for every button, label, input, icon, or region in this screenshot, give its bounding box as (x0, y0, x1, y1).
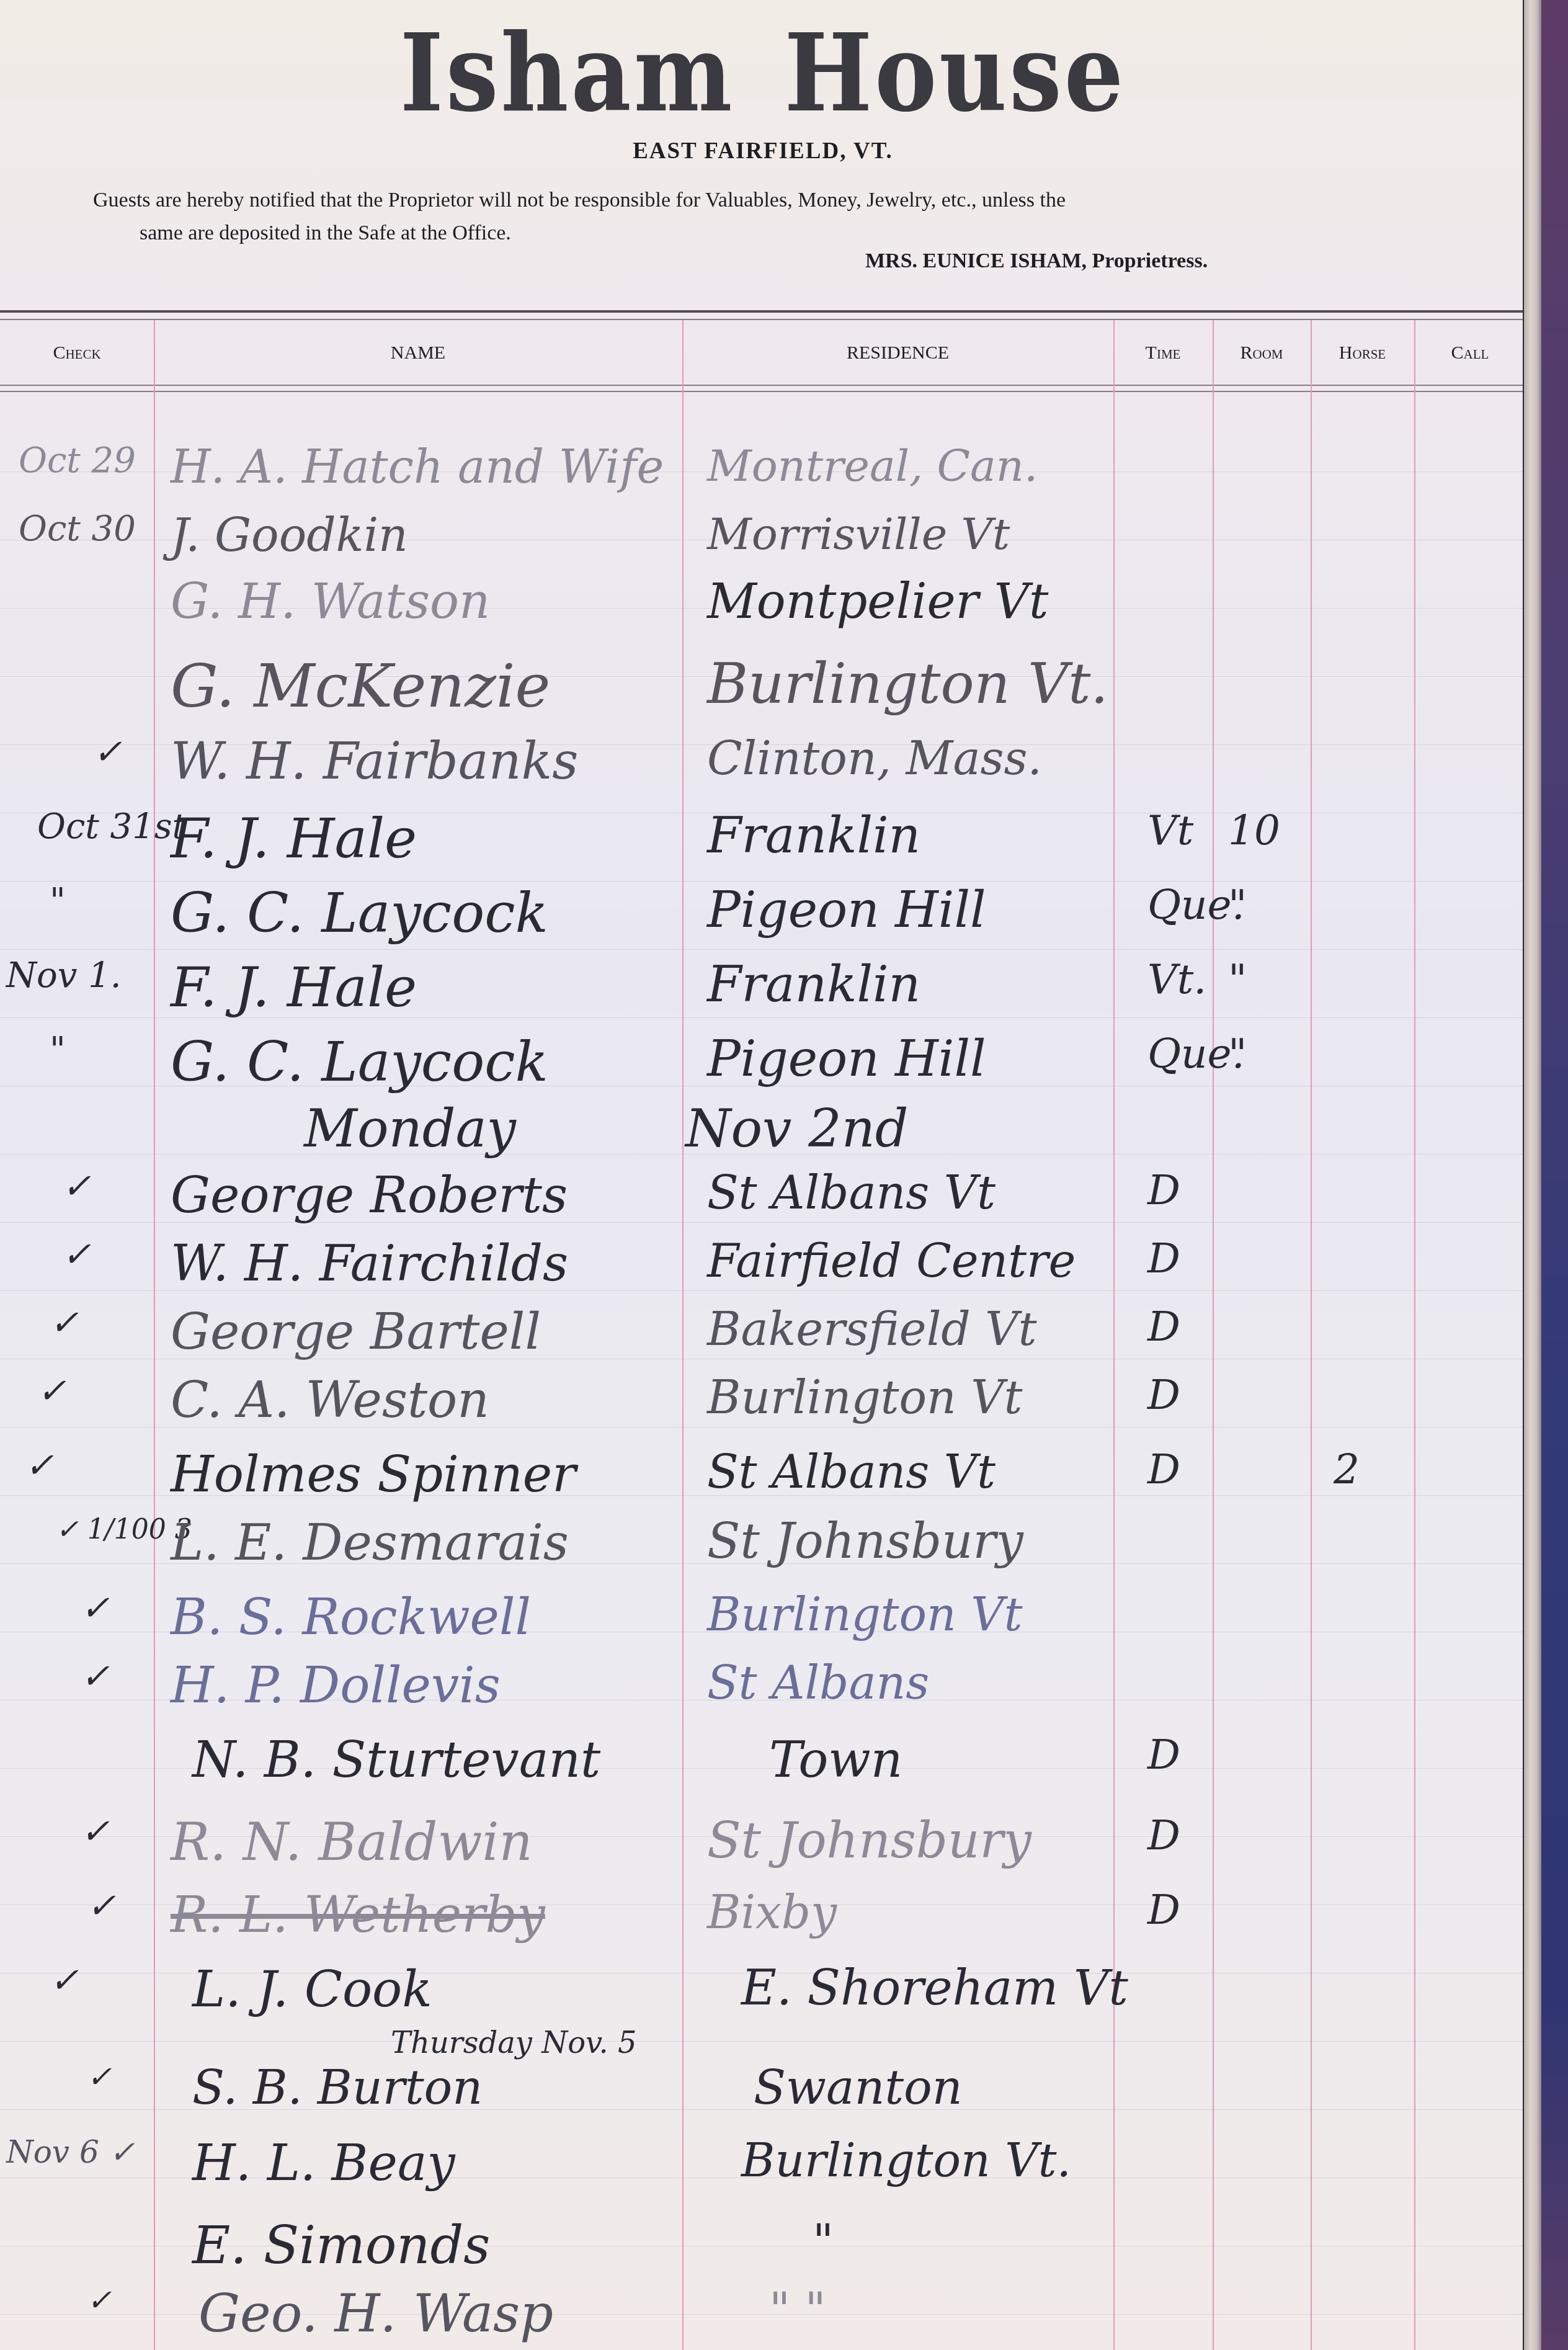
entry-residence: Burlington Vt. (707, 651, 1108, 717)
entry-check: " (50, 881, 66, 921)
entry-check: Oct 31st (37, 806, 186, 847)
register-entry: ✓ George Roberts St Albans Vt D (0, 1166, 1526, 1228)
entry-name: G. C. Laycock (171, 881, 548, 945)
notice-line-1: Guests are hereby notified that the Prop… (93, 189, 1066, 212)
entry-check: ✓ (93, 732, 122, 772)
register-entry: ✓ Holmes Spinner St Albans Vt D 2 (0, 1445, 1526, 1508)
entry-time: D (1147, 1886, 1180, 1934)
entry-name: L. J. Cook (192, 1960, 432, 2018)
register-entry: ✓ 1/100 3 L. E. Desmarais St Johnsbury (0, 1514, 1526, 1576)
entry-room: " (1228, 955, 1247, 1003)
entry-residence: Fairfield Centre (707, 1235, 1076, 1288)
column-header-row: Check NAME RESIDENCE Time Room Horse Cal… (0, 335, 1526, 372)
entry-check: ✓ (25, 1445, 54, 1486)
register-entry: ✓ H. P. Dollevis St Albans (0, 1656, 1526, 1718)
entry-residence: Bakersfield Vt (707, 1303, 1036, 1356)
column-header-call: Call (1414, 342, 1526, 364)
entry-check: " (50, 1030, 66, 1070)
entry-time: D (1147, 1445, 1180, 1493)
register-entry: E. Simonds " (0, 2215, 1526, 2277)
entry-residence: Montreal, Can. (707, 440, 1038, 491)
ruling-line (0, 949, 1526, 950)
hotel-location: EAST FAIRFIELD, VT. (0, 138, 1526, 164)
entry-name: Holmes Spinner (171, 1445, 576, 1503)
entry-name: F. J. Hale (171, 806, 417, 870)
entry-name: E. Simonds (192, 2215, 490, 2276)
register-entry: G. H. Watson Montpelier Vt (0, 574, 1526, 636)
entry-name: R. N. Baldwin (171, 1812, 533, 1872)
register-entry: Nov 1. F. J. Hale Franklin Vt. " (0, 955, 1526, 1017)
entry-time: D (1147, 1235, 1180, 1282)
entry-residence: St Albans (707, 1656, 929, 1710)
entry-name: W. H. Fairbanks (171, 732, 578, 791)
entry-name: N. B. Sturtevant (192, 1731, 600, 1789)
column-header-residence: RESIDENCE (682, 342, 1113, 364)
entry-check: ✓ (37, 1371, 66, 1411)
entry-residence: Bixby (707, 1886, 837, 1939)
entry-check: ✓ (81, 1656, 110, 1697)
column-header-horse: Horse (1311, 342, 1414, 364)
entry-residence: Burlington Vt (707, 1588, 1022, 1642)
entry-name: R. L. Wetherby (171, 1886, 545, 1944)
entry-time: Vt. (1147, 955, 1206, 1003)
register-entry: ✓ W. H. Fairbanks Clinton, Mass. (0, 732, 1526, 794)
entry-check: ✓ (62, 1166, 91, 1207)
register-entry: G. McKenzie Burlington Vt. (0, 651, 1526, 713)
register-entry: Oct 31st F. J. Hale Franklin Vt 10 (0, 806, 1526, 869)
column-header-room: Room (1213, 342, 1311, 364)
book-cover (1541, 0, 1568, 2350)
entry-horse: 2 (1334, 1445, 1360, 1493)
entry-check: ✓ (50, 1960, 79, 2001)
entry-residence: E. Shoreham Vt (741, 1960, 1128, 2016)
register-entry: ✓ Geo. H. Wasp " " (0, 2283, 1526, 2345)
entry-check: ✓ (62, 1235, 91, 1275)
entry-residence: Burlington Vt. (741, 2134, 1071, 2187)
register-entry: ✓ W. H. Fairchilds Fairfield Centre D (0, 1235, 1526, 1297)
entry-name: George Roberts (171, 1166, 568, 1224)
entry-check: Nov 6 ✓ (6, 2134, 135, 2170)
entry-name: Geo. H. Wasp (198, 2283, 553, 2344)
entry-residence: Pigeon Hill (707, 1030, 986, 1088)
entry-time: D (1147, 1371, 1180, 1419)
entry-check: ✓ (87, 1886, 116, 1926)
entry-residence: " " (769, 2283, 826, 2336)
register-entry: ✓ C. A. Weston Burlington Vt D (0, 1371, 1526, 1433)
entry-check: ✓ (81, 1588, 110, 1628)
entry-check: ✓ (87, 2283, 112, 2318)
entry-room: " (1228, 881, 1247, 929)
entry-check: ✓ (87, 2060, 112, 2094)
entry-time: D (1147, 1303, 1180, 1351)
entry-room: " (1228, 1030, 1247, 1078)
day-header-weekday: Monday (304, 1098, 516, 1159)
entry-name: F. J. Hale (171, 955, 417, 1019)
entry-name: George Bartell (171, 1303, 541, 1360)
entry-name: G. C. Laycock (171, 1030, 548, 1094)
entry-name: W. H. Fairchilds (171, 1235, 568, 1292)
entry-name: S. B. Burton (192, 2060, 483, 2115)
entry-check: Oct 30 (19, 509, 136, 549)
register-entry: Oct 29 H. A. Hatch and Wife Montreal, Ca… (0, 440, 1526, 503)
entry-check: ✓ (50, 1303, 79, 1343)
register-entry: " G. C. Laycock Pigeon Hill Que. " (0, 1030, 1526, 1092)
register-entry: Oct 30 J. Goodkin Morrisville Vt (0, 509, 1526, 571)
register-entry: " G. C. Laycock Pigeon Hill Que. " (0, 881, 1526, 943)
entry-name: G. H. Watson (171, 574, 490, 630)
register-entry: ✓ R. N. Baldwin St Johnsbury D (0, 1812, 1526, 1874)
entry-residence: Montpelier Vt (707, 574, 1048, 630)
entry-residence: Pigeon Hill (707, 881, 986, 939)
day-header-entry: Monday Nov 2nd (0, 1098, 1526, 1160)
entry-name: B. S. Rockwell (171, 1588, 531, 1646)
title-word-house: House (784, 11, 1126, 136)
entry-residence: Burlington Vt (707, 1371, 1022, 1424)
register-entry: ✓ S. B. Burton Swanton (0, 2060, 1526, 2122)
entry-name: L. E. Desmarais (171, 1514, 569, 1571)
register-entry: ✓ R. L. Wetherby Bixby D (0, 1886, 1526, 1948)
entry-name: G. McKenzie (171, 651, 550, 721)
entry-check: ✓ (81, 1812, 110, 1852)
entry-check: Nov 1. (6, 955, 122, 996)
entry-check: Oct 29 (19, 440, 136, 481)
entry-residence: Swanton (754, 2060, 963, 2115)
entry-room: 10 (1228, 806, 1280, 854)
entry-name: J. Goodkin (171, 509, 408, 562)
entry-time: Vt (1147, 806, 1193, 854)
entry-residence: St Johnsbury (707, 1812, 1031, 1869)
entry-residence: St Johnsbury (707, 1514, 1023, 1570)
notice-line-2: same are deposited in the Safe at the Of… (93, 217, 1433, 249)
hotel-title: IshamHouse (0, 11, 1526, 136)
entry-residence: St Albans Vt (707, 1166, 996, 1220)
top-rule (0, 310, 1526, 320)
column-header-time: Time (1113, 342, 1213, 364)
entry-time: D (1147, 1812, 1180, 1859)
column-header-name: NAME (154, 342, 682, 364)
entry-residence: St Albans Vt (707, 1445, 996, 1499)
entry-name: C. A. Weston (171, 1371, 489, 1429)
entry-residence: Franklin (707, 955, 920, 1013)
header-rule (0, 385, 1526, 392)
entry-name: H. L. Beay (192, 2134, 455, 2192)
entry-name: H. P. Dollevis (171, 1656, 501, 1714)
register-entry: ✓ George Bartell Bakersfield Vt D (0, 1303, 1526, 1365)
register-entry: Nov 6 ✓ H. L. Beay Burlington Vt. (0, 2134, 1526, 2196)
register-entry: ✓ L. J. Cook E. Shoreham Vt (0, 1960, 1526, 2022)
day-header-date: Nov 2nd (685, 1098, 909, 1159)
register-entry: N. B. Sturtevant Town D (0, 1731, 1526, 1793)
entry-time: D (1147, 1166, 1180, 1214)
entry-name: H. A. Hatch and Wife (171, 440, 664, 494)
entry-residence: Morrisville Vt (707, 509, 1010, 560)
title-word-isham: Isham (400, 11, 735, 136)
day-note-thursday: Thursday Nov. 5 (391, 2026, 637, 2060)
entry-residence: Clinton, Mass. (707, 732, 1042, 785)
proprietress-line: MRS. EUNICE ISHAM, Proprietress. (865, 249, 1208, 273)
valuables-notice: Guests are hereby notified that the Prop… (93, 184, 1433, 249)
entry-time: D (1147, 1731, 1180, 1779)
page-edge (1523, 0, 1543, 2350)
register-page: IshamHouse EAST FAIRFIELD, VT. Guests ar… (0, 0, 1526, 2350)
entry-residence: " (813, 2215, 834, 2268)
register-entry: ✓ B. S. Rockwell Burlington Vt (0, 1588, 1526, 1650)
column-header-check: Check (0, 342, 154, 364)
entry-residence: Town (769, 1731, 902, 1789)
entry-residence: Franklin (707, 806, 920, 864)
